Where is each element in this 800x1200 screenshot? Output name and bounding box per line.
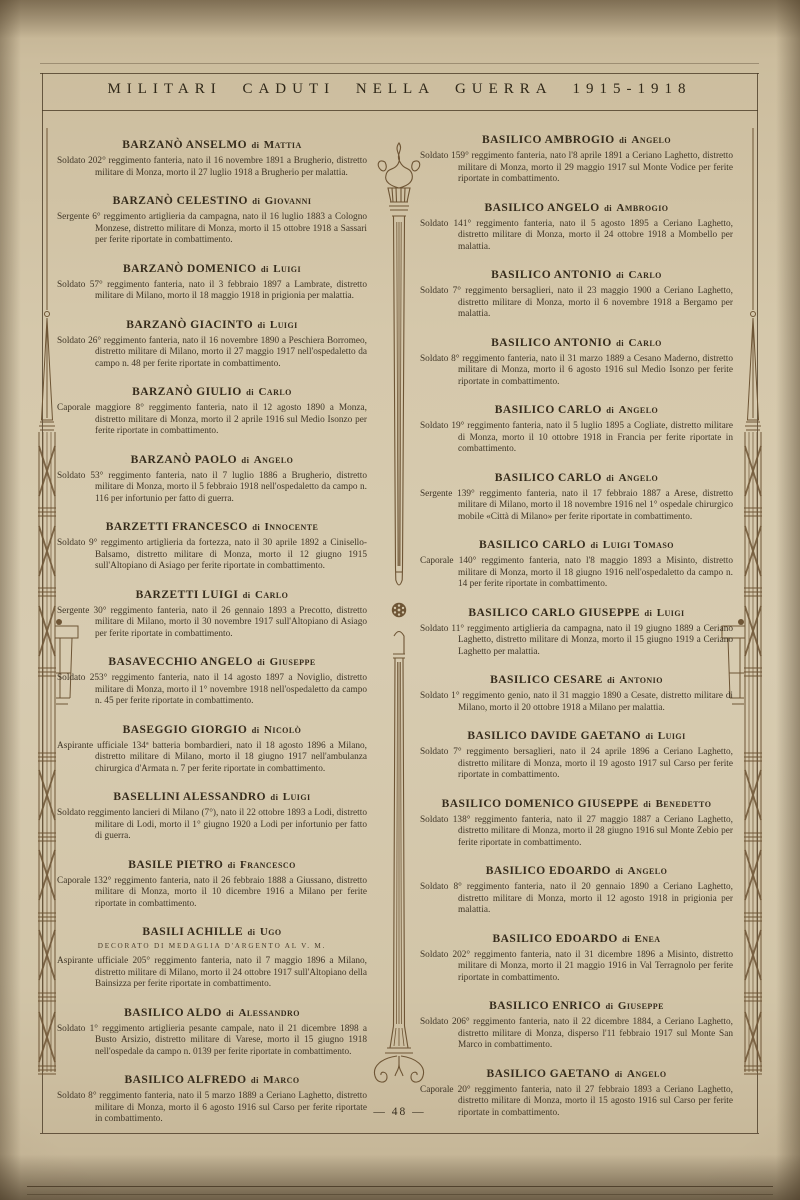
- patronymic-di: di: [261, 264, 269, 274]
- entry-text: Soldato 1° reggimento artiglieria pesant…: [57, 1024, 367, 1059]
- entry-name-heading: BASILICO ANTONIO di Carlo: [420, 336, 733, 350]
- entry-text: Soldato 11° reggimento artiglieria da ca…: [420, 624, 733, 659]
- patronymic-di: di: [606, 473, 614, 483]
- entry-text: Soldato 7° reggimento bersaglieri, nato …: [420, 747, 733, 782]
- soldier-name: BASILICO CARLO: [479, 539, 586, 551]
- memorial-entry: BASILICO GAETANO di Angelo Caporale 20° …: [420, 1067, 733, 1120]
- memorial-entry: BASILICO CARLO di Angelo Soldato 19° reg…: [420, 403, 733, 456]
- patronymic-di: di: [606, 405, 614, 415]
- patronymic-di: di: [643, 799, 651, 809]
- patronymic-di: di: [246, 387, 254, 397]
- entry-text: Soldato 206° reggimento fanteria, nato i…: [420, 1017, 733, 1052]
- soldier-name: BASILI ACHILLE: [142, 926, 243, 938]
- entry-name-heading: BASILICO CARLO di Angelo: [420, 403, 733, 417]
- patronymic-di: di: [644, 608, 652, 618]
- patronymic-di: di: [590, 540, 598, 550]
- entry-name-heading: BASILI ACHILLE di Ugo: [57, 925, 367, 939]
- entry-name-heading: BASILICO ALDO di Alessandro: [57, 1006, 367, 1020]
- entry-text: Soldato 202° reggimento fanteria, nato i…: [57, 156, 367, 179]
- soldier-name: BASILICO EDOARDO: [486, 865, 611, 877]
- father-name: Mattia: [264, 139, 302, 151]
- entry-name-heading: BARZETTI LUIGI di Carlo: [57, 588, 367, 602]
- memorial-entry: BASILICO ENRICO di Giuseppe Soldato 206°…: [420, 999, 733, 1052]
- patronymic-di: di: [247, 927, 255, 937]
- entry-text: Soldato 253° reggimento fanteria, nato i…: [57, 673, 367, 708]
- patronymic-di: di: [241, 455, 249, 465]
- memorial-entry: BARZANÒ CELESTINO di Giovanni Sergente 6…: [57, 194, 367, 247]
- patronymic-di: di: [616, 270, 624, 280]
- soldier-name: BASEGGIO GIORGIO: [123, 724, 248, 736]
- father-name: Carlo: [628, 269, 661, 281]
- patronymic-di: di: [622, 934, 630, 944]
- memorial-entry: BASILICO AMBROGIO di Angelo Soldato 159°…: [420, 133, 733, 186]
- entry-name-heading: BASILICO CESARE di Antonio: [420, 673, 733, 687]
- entry-text: Soldato 19° reggimento fanteria, nato il…: [420, 421, 733, 456]
- soldier-name: BARZANÒ PAOLO: [131, 454, 237, 466]
- patronymic-di: di: [619, 135, 627, 145]
- memorial-entry: BASILICO EDOARDO di Angelo Soldato 8° re…: [420, 864, 733, 917]
- soldier-name: BASILICO ANTONIO: [491, 269, 612, 281]
- entry-name-heading: BASILICO ANGELO di Ambrogio: [420, 201, 733, 215]
- soldier-name: BARZANÒ CELESTINO: [113, 195, 248, 207]
- entry-text: Soldato 8° reggimento fanteria, nato il …: [420, 354, 733, 389]
- entry-name-heading: BASEGGIO GIORGIO di Nicolò: [57, 723, 367, 737]
- entry-name-heading: BASILICO ENRICO di Giuseppe: [420, 999, 733, 1013]
- soldier-name: BARZETTI LUIGI: [136, 589, 239, 601]
- memorial-entry: BASILICO ALDO di Alessandro Soldato 1° r…: [57, 1006, 367, 1059]
- entry-name-heading: BASILICO ALFREDO di Marco: [57, 1073, 367, 1087]
- soldier-name: BASILICO AMBROGIO: [482, 134, 615, 146]
- entry-name-heading: BASILICO DOMENICO GIUSEPPE di Benedetto: [420, 797, 733, 811]
- memorial-entry: BASAVECCHIO ANGELO di Giuseppe Soldato 2…: [57, 655, 367, 708]
- soldier-name: BASILICO ALFREDO: [124, 1074, 246, 1086]
- frame-line-bottom-outer-1: [27, 1186, 773, 1187]
- patronymic-di: di: [270, 792, 278, 802]
- frame-line-top-outer: [40, 63, 759, 64]
- father-name: Carlo: [255, 589, 288, 601]
- entry-name-heading: BASILE PIETRO di Francesco: [57, 858, 367, 872]
- father-name: Angelo: [628, 865, 668, 877]
- soldier-name: BASILICO DAVIDE GAETANO: [467, 730, 641, 742]
- memorial-entry: BASILICO DAVIDE GAETANO di Luigi Soldato…: [420, 729, 733, 782]
- memorial-entry: BASILICO CARLO di Luigi Tomaso Caporale …: [420, 538, 733, 591]
- entry-text: Soldato 8° reggimento fanteria, nato il …: [420, 882, 733, 917]
- father-name: Innocente: [265, 521, 319, 533]
- entry-text: Caporale 132° reggimento fanteria, nato …: [57, 876, 367, 911]
- soldier-name: BARZETTI FRANCESCO: [106, 521, 248, 533]
- entry-text: Soldato reggimento lancieri di Milano (7…: [57, 808, 367, 843]
- patronymic-di: di: [251, 140, 259, 150]
- memorial-entry: BASELLINI ALESSANDRO di Luigi Soldato re…: [57, 790, 367, 843]
- father-name: Luigi Tomaso: [603, 539, 674, 551]
- entry-text: Caporale 140° reggimento fanteria, nato …: [420, 556, 733, 591]
- entry-text: Sergente 139° reggimento fanteria, nato …: [420, 489, 733, 524]
- entry-text: Sergente 6° reggimento artiglieria da ca…: [57, 212, 367, 247]
- patronymic-di: di: [228, 860, 236, 870]
- soldier-name: BASELLINI ALESSANDRO: [113, 791, 266, 803]
- memorial-entry: BASILE PIETRO di Francesco Caporale 132°…: [57, 858, 367, 911]
- entry-name-heading: BASAVECCHIO ANGELO di Giuseppe: [57, 655, 367, 669]
- father-name: Luigi: [283, 791, 311, 803]
- entry-name-heading: BASILICO CARLO di Angelo: [420, 471, 733, 485]
- father-name: Carlo: [258, 386, 291, 398]
- entry-name-heading: BASILICO EDOARDO di Angelo: [420, 864, 733, 878]
- memorial-column-right: BASILICO AMBROGIO di Angelo Soldato 159°…: [420, 133, 733, 1134]
- patronymic-di: di: [616, 338, 624, 348]
- soldier-name: BASILICO CESARE: [490, 674, 603, 686]
- soldier-name: BASILICO ALDO: [124, 1007, 222, 1019]
- entry-name-heading: BARZANÒ CELESTINO di Giovanni: [57, 194, 367, 208]
- patronymic-di: di: [615, 866, 623, 876]
- memorial-entry: BASILICO CARLO di Angelo Sergente 139° r…: [420, 471, 733, 524]
- soldier-name: BARZANÒ DOMENICO: [123, 263, 257, 275]
- decoration-line: DECORATO DI MEDAGLIA D'ARGENTO AL V. M.: [57, 942, 367, 951]
- father-name: Francesco: [240, 859, 296, 871]
- entry-name-heading: BASELLINI ALESSANDRO di Luigi: [57, 790, 367, 804]
- soldier-name: BASILICO ENRICO: [489, 1000, 601, 1012]
- father-name: Giuseppe: [618, 1000, 664, 1012]
- patronymic-di: di: [252, 522, 260, 532]
- entry-name-heading: BARZANÒ ANSELMO di Mattia: [57, 138, 367, 152]
- soldier-name: BASAVECCHIO ANGELO: [108, 656, 253, 668]
- father-name: Angelo: [619, 404, 659, 416]
- entry-text: Soldato 9° reggimento artiglieria da for…: [57, 538, 367, 573]
- entry-name-heading: BASILICO EDOARDO di Enea: [420, 932, 733, 946]
- father-name: Carlo: [628, 337, 661, 349]
- memorial-entry: BASILICO CARLO GIUSEPPE di Luigi Soldato…: [420, 606, 733, 659]
- patronymic-di: di: [243, 590, 251, 600]
- book-page-photo: MILITARI CADUTI NELLA GUERRA 1915-1918 —…: [0, 0, 800, 1200]
- entry-text: Soldato 141° reggimento fanteria, nato i…: [420, 219, 733, 254]
- father-name: Alessandro: [238, 1007, 299, 1019]
- entry-text: Soldato 7° reggimento bersaglieri, nato …: [420, 286, 733, 321]
- memorial-entry: BARZETTI FRANCESCO di Innocente Soldato …: [57, 520, 367, 573]
- frame-line-under-title: [42, 110, 758, 111]
- memorial-entry: BASILICO ALFREDO di Marco Soldato 8° reg…: [57, 1073, 367, 1126]
- soldier-name: BASILE PIETRO: [128, 859, 223, 871]
- frame-line-bottom-outer-2: [27, 1194, 773, 1195]
- father-name: Giuseppe: [270, 656, 316, 668]
- father-name: Angelo: [254, 454, 294, 466]
- patronymic-di: di: [252, 196, 260, 206]
- entry-text: Soldato 8° reggimento fanteria, nato il …: [57, 1091, 367, 1126]
- entry-text: Caporale maggiore 8° reggimento fanteria…: [57, 403, 367, 438]
- memorial-entry: BASILI ACHILLE di Ugo DECORATO DI MEDAGL…: [57, 925, 367, 991]
- entry-name-heading: BASILICO AMBROGIO di Angelo: [420, 133, 733, 147]
- page-title: MILITARI CADUTI NELLA GUERRA 1915-1918: [43, 81, 756, 98]
- entry-text: Sergente 30° reggimento fanteria, nato i…: [57, 606, 367, 641]
- entry-name-heading: BASILICO CARLO di Luigi Tomaso: [420, 538, 733, 552]
- soldier-name: BASILICO CARLO: [495, 404, 602, 416]
- memorial-entry: BARZETTI LUIGI di Carlo Sergente 30° reg…: [57, 588, 367, 641]
- father-name: Marco: [263, 1074, 299, 1086]
- entry-name-heading: BARZANÒ DOMENICO di Luigi: [57, 262, 367, 276]
- patronymic-di: di: [605, 1001, 613, 1011]
- patronymic-di: di: [251, 1075, 259, 1085]
- father-name: Luigi: [658, 730, 686, 742]
- soldier-name: BASILICO CARLO GIUSEPPE: [468, 607, 640, 619]
- memorial-entry: BASILICO ANTONIO di Carlo Soldato 7° reg…: [420, 268, 733, 321]
- entry-name-heading: BASILICO CARLO GIUSEPPE di Luigi: [420, 606, 733, 620]
- entry-text: Soldato 57° reggimento fanteria, nato il…: [57, 280, 367, 303]
- soldier-name: BASILICO ANGELO: [484, 202, 599, 214]
- memorial-column-left: BARZANÒ ANSELMO di Mattia Soldato 202° r…: [57, 138, 367, 1141]
- entry-text: Aspirante ufficiale 134ª batteria bombar…: [57, 741, 367, 776]
- memorial-entry: BARZANÒ DOMENICO di Luigi Soldato 57° re…: [57, 262, 367, 303]
- father-name: Antonio: [619, 674, 662, 686]
- entry-text: Soldato 53° reggimento fanteria, nato il…: [57, 471, 367, 506]
- soldier-name: BASILICO DOMENICO GIUSEPPE: [442, 798, 639, 810]
- entry-text: Soldato 202° reggimento fanteria, nato i…: [420, 950, 733, 985]
- father-name: Nicolò: [264, 724, 301, 736]
- patronymic-di: di: [645, 731, 653, 741]
- father-name: Angelo: [627, 1068, 667, 1080]
- memorial-entry: BARZANÒ ANSELMO di Mattia Soldato 202° r…: [57, 138, 367, 179]
- memorial-entry: BASEGGIO GIORGIO di Nicolò Aspirante uff…: [57, 723, 367, 776]
- entry-name-heading: BASILICO GAETANO di Angelo: [420, 1067, 733, 1081]
- entry-name-heading: BASILICO ANTONIO di Carlo: [420, 268, 733, 282]
- patronymic-di: di: [226, 1008, 234, 1018]
- soldier-name: BASILICO EDOARDO: [492, 933, 617, 945]
- patronymic-di: di: [257, 657, 265, 667]
- father-name: Giovanni: [265, 195, 312, 207]
- soldier-name: BASILICO GAETANO: [486, 1068, 610, 1080]
- patronymic-di: di: [604, 203, 612, 213]
- memorial-entry: BARZANÒ PAOLO di Angelo Soldato 53° regg…: [57, 453, 367, 506]
- father-name: Ugo: [260, 926, 282, 938]
- father-name: Benedetto: [656, 798, 712, 810]
- memorial-entry: BASILICO CESARE di Antonio Soldato 1° re…: [420, 673, 733, 714]
- entry-text: Aspirante ufficiale 205° reggimento fant…: [57, 956, 367, 991]
- entry-name-heading: BASILICO DAVIDE GAETANO di Luigi: [420, 729, 733, 743]
- entry-text: Soldato 138° reggimento fanteria, nato i…: [420, 815, 733, 850]
- father-name: Angelo: [631, 134, 671, 146]
- entry-name-heading: BARZETTI FRANCESCO di Innocente: [57, 520, 367, 534]
- patronymic-di: di: [258, 320, 266, 330]
- entry-name-heading: BARZANÒ GIACINTO di Luigi: [57, 318, 367, 332]
- entry-text: Soldato 159° reggimento fanteria, nato l…: [420, 151, 733, 186]
- entry-text: Caporale 20° reggimento fanteria, nato i…: [420, 1085, 733, 1120]
- father-name: Luigi: [270, 319, 298, 331]
- entry-name-heading: BARZANÒ GIULIO di Carlo: [57, 385, 367, 399]
- soldier-name: BARZANÒ ANSELMO: [122, 139, 247, 151]
- patronymic-di: di: [615, 1069, 623, 1079]
- father-name: Ambrogio: [616, 202, 668, 214]
- soldier-name: BARZANÒ GIULIO: [132, 386, 242, 398]
- memorial-entry: BARZANÒ GIULIO di Carlo Caporale maggior…: [57, 385, 367, 438]
- father-name: Luigi: [657, 607, 685, 619]
- soldier-name: BASILICO ANTONIO: [491, 337, 612, 349]
- father-name: Luigi: [273, 263, 301, 275]
- memorial-entry: BASILICO EDOARDO di Enea Soldato 202° re…: [420, 932, 733, 985]
- father-name: Enea: [634, 933, 660, 945]
- frame-line-top: [40, 73, 759, 74]
- memorial-entry: BASILICO DOMENICO GIUSEPPE di Benedetto …: [420, 797, 733, 850]
- memorial-entry: BASILICO ANTONIO di Carlo Soldato 8° reg…: [420, 336, 733, 389]
- soldier-name: BASILICO CARLO: [495, 472, 602, 484]
- soldier-name: BARZANÒ GIACINTO: [126, 319, 253, 331]
- memorial-entry: BASILICO ANGELO di Ambrogio Soldato 141°…: [420, 201, 733, 254]
- patronymic-di: di: [607, 675, 615, 685]
- patronymic-di: di: [252, 725, 260, 735]
- entry-name-heading: BARZANÒ PAOLO di Angelo: [57, 453, 367, 467]
- entry-text: Soldato 26° reggimento fanteria, nato il…: [57, 336, 367, 371]
- father-name: Angelo: [619, 472, 659, 484]
- entry-text: Soldato 1° reggimento genio, nato il 31 …: [420, 691, 733, 714]
- memorial-entry: BARZANÒ GIACINTO di Luigi Soldato 26° re…: [57, 318, 367, 371]
